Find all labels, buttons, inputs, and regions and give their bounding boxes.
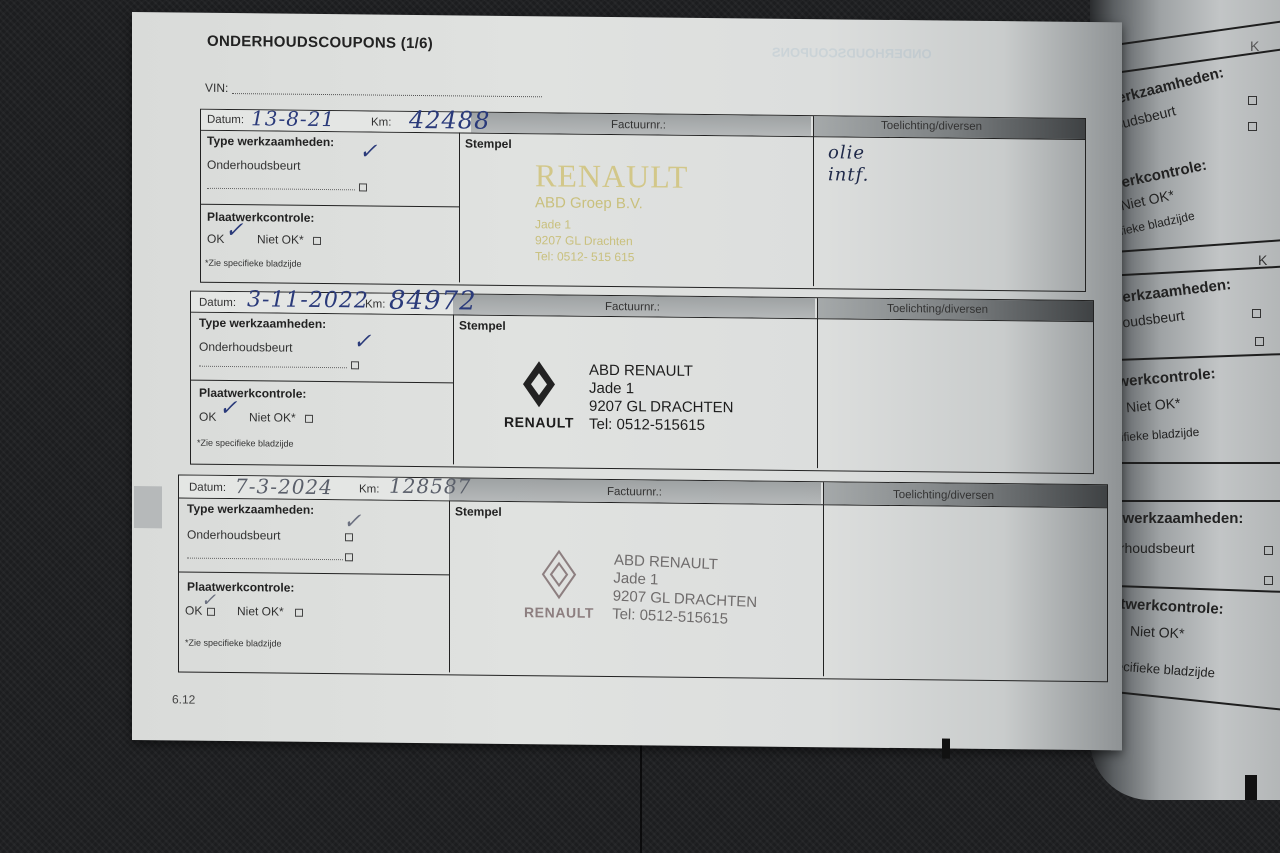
footnote: *Zie specifieke bladzijde [197, 438, 294, 449]
onderhoudsbeurt-checkmark[interactable]: ✓ [353, 329, 371, 354]
niet-ok-checkbox[interactable] [295, 609, 303, 617]
checkbox [1255, 337, 1264, 346]
other-work-checkbox[interactable] [345, 553, 353, 561]
niet-ok-fragment: Niet OK* [1119, 187, 1176, 214]
stamp-company: ABD RENAULT [589, 362, 734, 382]
datum-label: Datum: [189, 482, 226, 494]
notes-area[interactable] [823, 504, 1107, 679]
factuurnr-label: Factuurnr.: [607, 486, 662, 499]
toelichting-label: Toelichting/diversen [881, 120, 982, 133]
rule [1100, 353, 1280, 362]
datum-label: Datum: [207, 114, 244, 126]
footnote: *Zie specifieke bladzijde [205, 258, 302, 269]
onderhoudsbeurt-checkmark[interactable]: ✓ [343, 509, 361, 534]
stamp-city: 9207 GL DRACHTEN [589, 398, 734, 418]
stempel-label: Stempel [459, 318, 506, 332]
onderhoud-fragment: erhoudsbeurt [1112, 540, 1195, 556]
renault-logo: RENAULT [489, 359, 589, 431]
renault-wordmark: RENAULT [489, 414, 589, 431]
checkbox [1264, 576, 1273, 585]
niet-ok-label: Niet OK* [257, 232, 304, 246]
cut-mark [1245, 775, 1257, 800]
page-index-tab [134, 486, 162, 528]
type-fragment: e werkzaamheden: [1110, 510, 1243, 527]
note-line-2: intf. [828, 164, 869, 185]
niet-ok-checkbox[interactable] [313, 237, 321, 245]
ok-label: OK [185, 604, 202, 618]
niet-ok-fragment: Niet OK* [1130, 623, 1185, 642]
seat-seam [640, 740, 642, 853]
ok-checkmark[interactable]: ✓ [201, 590, 216, 611]
stamp-phone: Tel: 0512-515615 [589, 416, 734, 436]
rule [1100, 238, 1280, 254]
stamp-area: Stempel RENAULT ABD Groep B.V. Jade 1 92… [459, 132, 813, 286]
onderhoudsbeurt-label: Onderhoudsbeurt [207, 158, 300, 173]
km-value[interactable]: 84972 [389, 286, 477, 317]
km-label: Km: [371, 117, 391, 129]
vin-label: VIN: [205, 81, 228, 95]
rule [1100, 462, 1280, 464]
ok-checkmark[interactable]: ✓ [225, 218, 243, 243]
km-value[interactable]: 42488 [409, 106, 490, 135]
stempel-label: Stempel [465, 136, 512, 150]
type-werkzaamheden-label: Type werkzaamheden: [199, 316, 326, 331]
note-line-1: olie [828, 142, 865, 163]
checkbox [1248, 96, 1257, 105]
plaatwerkcontrole-label: Plaatwerkcontrole: [199, 386, 306, 401]
stamp-company: ABD Groep B.V. [535, 194, 688, 213]
type-werkzaamheden-label: Type werkzaamheden: [187, 502, 314, 517]
renault-diamond-icon [539, 549, 579, 599]
page-number: 6.12 [172, 692, 195, 706]
km-value[interactable]: 128587 [389, 474, 471, 499]
dealer-address: ABD RENAULT Jade 1 9207 GL DRACHTEN Tel:… [589, 362, 734, 436]
rule [1100, 690, 1280, 713]
stamp-street: Jade 1 [589, 380, 734, 400]
ok-label: OK [199, 410, 216, 424]
km-label: Km: [365, 298, 385, 310]
vin-field[interactable] [232, 93, 542, 97]
ok-label: OK [207, 232, 224, 246]
footnote-fragment: ecifieke bladzijde [1116, 659, 1216, 681]
onderhoudsbeurt-checkbox[interactable] [345, 533, 353, 541]
coupon-page: ONDERHOUDSCOUPONS (1/6) ONDERHOUDSCOUPON… [132, 12, 1122, 750]
dealer-address: ABD RENAULT Jade 1 9207 GL DRACHTEN Tel:… [612, 552, 759, 630]
datum-value[interactable]: 7-3-2024 [235, 474, 333, 499]
cut-mark [942, 738, 950, 758]
plaatwerkcontrole-label: Plaatwerkcontrole: [207, 210, 314, 225]
renault-wordmark: RENAULT [511, 604, 607, 621]
stempel-label: Stempel [455, 504, 502, 518]
stamp-street: Jade 1 [535, 217, 688, 233]
factuurnr-label: Factuurnr.: [605, 301, 660, 314]
page-title: ONDERHOUDSCOUPONS (1/6) [207, 33, 433, 52]
type-werkzaamheden-label: Type werkzaamheden: [207, 134, 334, 149]
rule [1100, 500, 1280, 502]
niet-ok-label: Niet OK* [237, 604, 284, 618]
niet-ok-label: Niet OK* [249, 410, 296, 424]
show-through-text: ONDERHOUDSCOUPONS [772, 45, 932, 62]
rule [1100, 265, 1280, 277]
datum-label: Datum: [199, 297, 236, 309]
onderhoudsbeurt-label: Onderhoudsbeurt [187, 528, 280, 543]
rule [1100, 585, 1280, 594]
checkbox [1264, 546, 1273, 555]
datum-value[interactable]: 3-11-2022 [247, 287, 369, 313]
stamp-phone: Tel: 0512- 515 615 [535, 249, 688, 265]
ok-checkmark[interactable]: ✓ [219, 396, 237, 421]
stamp-area: Stempel RENAULT ABD RENAULT Jade 1 9207 … [453, 314, 817, 468]
onderhoudsbeurt-checkmark[interactable]: ✓ [359, 139, 377, 164]
dealer-stamp-yellow: RENAULT ABD Groep B.V. Jade 1 9207 GL Dr… [535, 157, 688, 265]
coupon-1: Datum: 13-8-21 Km: 42488 Factuurnr.: Toe… [200, 109, 1086, 292]
niet-ok-fragment: Niet OK* [1125, 395, 1181, 416]
stamp-area: Stempel RENAULT ABD RENAULT Jade 1 9207 … [449, 500, 823, 676]
renault-logo: RENAULT [511, 549, 607, 621]
factuurnr-label: Factuurnr.: [611, 119, 666, 132]
plaatwerk-fragment: atwerkcontrole: [1112, 595, 1224, 618]
coupon-3: Datum: 7-3-2024 Km: 128587 Factuurnr.: T… [178, 474, 1108, 682]
other-work-checkbox[interactable] [359, 183, 367, 191]
notes-area[interactable] [817, 318, 1093, 471]
renault-diamond-icon [519, 359, 559, 409]
datum-value[interactable]: 13-8-21 [251, 106, 335, 131]
checkbox [1248, 122, 1257, 131]
stamp-city: 9207 GL Drachten [535, 233, 688, 249]
notes-area[interactable]: olie intf. [813, 136, 1085, 289]
footnote: *Zie specifieke bladzijde [185, 638, 282, 649]
niet-ok-checkbox[interactable] [305, 415, 313, 423]
toelichting-label: Toelichting/diversen [893, 489, 994, 502]
stamp-brand: RENAULT [535, 157, 688, 196]
km-label: Km: [359, 483, 379, 495]
onderhoudsbeurt-label: Onderhoudsbeurt [199, 340, 292, 355]
other-work-checkbox[interactable] [351, 361, 359, 369]
checkbox [1252, 309, 1261, 318]
toelichting-label: Toelichting/diversen [887, 303, 988, 316]
coupon-2: Datum: 3-11-2022 Km: 84972 Factuurnr.: T… [190, 291, 1094, 474]
